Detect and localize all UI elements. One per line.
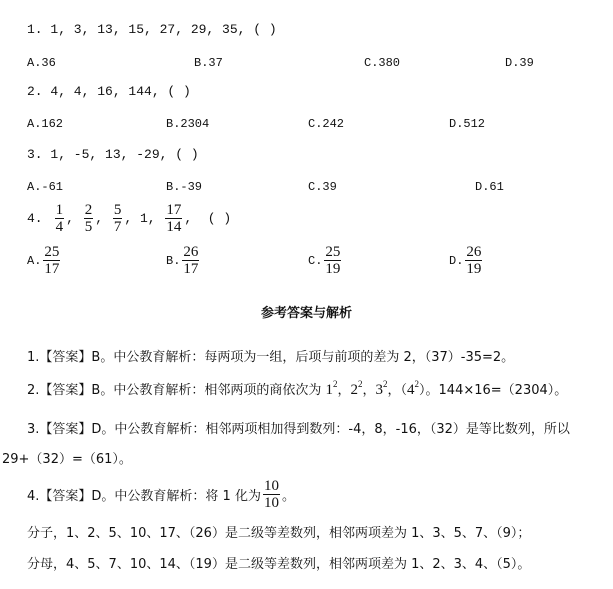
question-3-option-b: B.-39 (166, 180, 202, 194)
question-4-option-b: B. 2617 (166, 244, 201, 277)
question-2-option-c: C.242 (308, 117, 344, 131)
fraction: 1010 (263, 478, 280, 511)
question-4-option-d: D. 2619 (449, 244, 484, 277)
fraction: 1714 (165, 202, 182, 235)
question-1-stem: 1. 1, 3, 13, 15, 27, 29, 35, ( ) (27, 22, 277, 37)
question-2-option-b: B.2304 (166, 117, 209, 131)
answer-4-line-2: 分子，1、2、5、10、17、（26）是二级等差数列，相邻两项差为 1、3、5、… (27, 522, 530, 541)
question-1-option-a: A.36 (27, 56, 56, 70)
answer-3-line-2: 29+（32）=（61）。 (2, 448, 132, 467)
answer-4-line-1: 4.【答案】D。中公教育解析：将 1 化为 1010 。 (27, 478, 295, 511)
answer-4-line-3: 分母，4、5、7、10、14、（19）是二级等差数列，相邻两项差为 1、2、3、… (27, 553, 530, 572)
fraction: 57 (113, 202, 123, 235)
answer-1: 1.【答案】B。中公教育解析：每两项为一组，后项与前项的差为 2，（37）-35… (27, 346, 514, 365)
question-1-option-b: B.37 (194, 56, 223, 70)
question-2-option-a: A.162 (27, 117, 63, 131)
question-2-option-d: D.512 (449, 117, 485, 131)
fraction: 14 (55, 202, 65, 235)
answer-2: 2.【答案】B。中公教育解析：相邻两项的商依次为 12，22，32，（42）。1… (27, 379, 567, 399)
question-3-option-d: D.61 (475, 180, 504, 194)
question-3-stem: 3. 1, -5, 13, -29, ( ) (27, 147, 199, 162)
question-4-number: 4. (27, 211, 43, 226)
question-4-option-c: C. 2519 (308, 244, 343, 277)
answer-3-line-1: 3.【答案】D。中公教育解析：相邻两项相加得到数列：-4，8，-16，（32）是… (27, 418, 570, 437)
question-3-option-a: A.-61 (27, 180, 63, 194)
question-1-option-d: D.39 (505, 56, 534, 70)
answers-title: 参考答案与解析 (0, 302, 613, 321)
question-2-stem: 2. 4, 4, 16, 144, ( ) (27, 84, 191, 99)
question-4-stem: 4. 14 , 25 , 57 , 1 , 1714 , ( ) (27, 202, 231, 235)
question-4-option-a: A. 2517 (27, 244, 62, 277)
question-3-option-c: C.39 (308, 180, 337, 194)
answer-blank: ( ) (208, 211, 231, 226)
question-1-option-c: C.380 (364, 56, 400, 70)
fraction: 25 (84, 202, 94, 235)
